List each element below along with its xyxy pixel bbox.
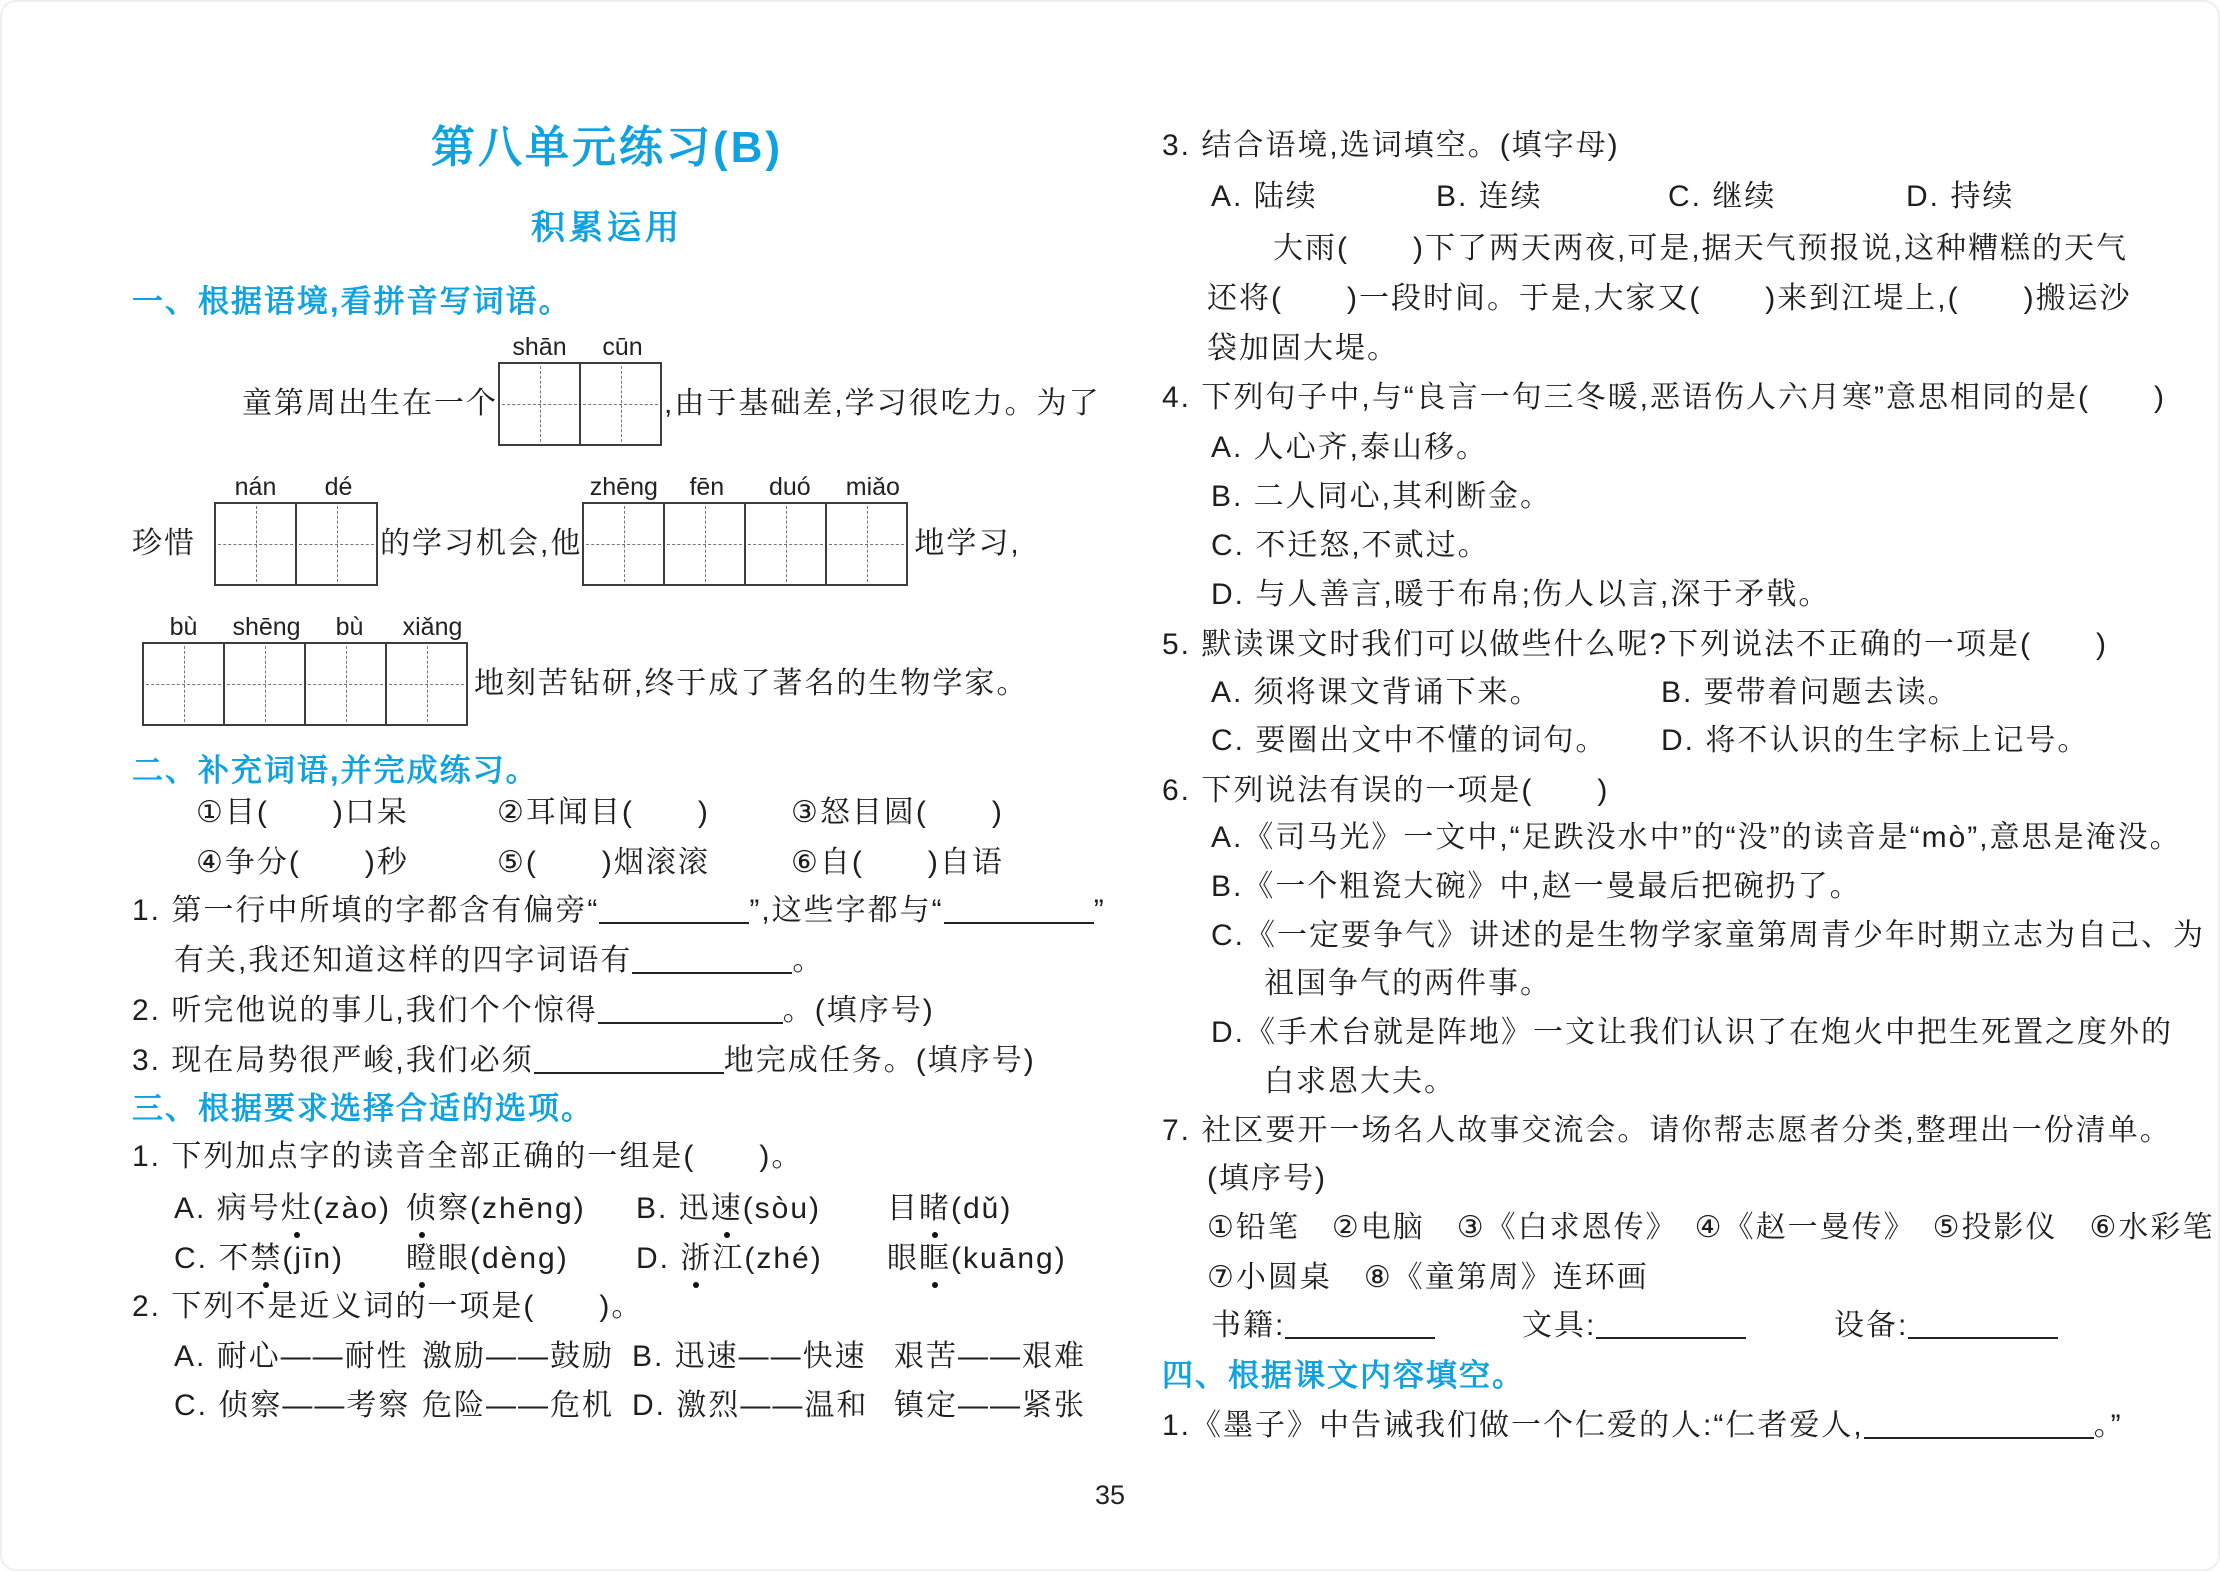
section2-heading: 二、补充词语,并完成练习。 — [132, 752, 539, 791]
section1-heading: 一、根据语境,看拼音写词语。 — [132, 283, 572, 322]
q7-category-books: 书籍: — [1211, 1307, 1435, 1345]
synonym-option-d2: 镇定——紧张 — [894, 1387, 1086, 1425]
option-text: 眼 — [887, 1242, 919, 1275]
section2-question-3: 3. 现在局势很严峻,我们必须地完成任务。(填序号) — [132, 1042, 1036, 1080]
option-text: B. 迅 — [636, 1192, 711, 1225]
question-text: 。 — [792, 944, 824, 977]
answer-blank — [944, 892, 1094, 924]
answer-blank — [1908, 1307, 2058, 1339]
question-text: 有关,我还知道这样的四字词语有 — [174, 944, 632, 977]
row1-pre-text: 童第周出生在一个 — [242, 328, 498, 446]
pinyin-syllable: shān — [498, 333, 581, 362]
answer-blank — [1864, 1407, 2094, 1439]
pinyin-syllable: nán — [214, 473, 297, 502]
q6-option-d-line-1: D.《手术台就是阵地》一文让我们认识了在炮火中把生死置之度外的 — [1211, 1014, 2173, 1052]
writing-grid-nan-de: nán dé — [214, 468, 380, 586]
writing-cell — [304, 642, 387, 726]
question-4-stem: 4. 下列句子中,与“良言一句三冬暖,恶语伤人六月寒”意思相同的是( ) — [1162, 379, 2166, 417]
writing-cell — [579, 362, 662, 446]
question-text: 。” — [2094, 1409, 2123, 1442]
answer-blank — [632, 942, 792, 974]
row2-post-text: 地学习, — [914, 468, 1020, 586]
category-label: 文具: — [1522, 1309, 1596, 1342]
synonym-option-d1: D. 激烈——温和 — [632, 1387, 868, 1425]
question-7-stem-line-2: (填序号) — [1207, 1160, 1327, 1198]
dotted-char: 灶 — [281, 1190, 313, 1228]
pinyin-row-2: 珍惜 nán dé 的学习机会,他 zhēng fēn duó miǎo — [132, 468, 1021, 586]
question-7-stem-line-1: 7. 社区要开一场名人故事交流会。请你帮志愿者分类,整理出一份清单。 — [1162, 1112, 2172, 1150]
dotted-char: 睹 — [919, 1190, 951, 1228]
category-label: 设备: — [1834, 1309, 1908, 1342]
q5-option-c: C. 要圈出文中不懂的词句。 — [1211, 722, 1607, 760]
writing-cell — [214, 502, 297, 586]
pinyin-labels: nán dé — [214, 468, 380, 502]
synonym-option-c2: 危险——危机 — [422, 1387, 614, 1425]
option-text: (kuāng) — [951, 1242, 1067, 1275]
question-text: ”,这些字都与“ — [749, 894, 943, 927]
writing-cell — [498, 362, 581, 446]
option-text: 眼(dèng) — [438, 1242, 569, 1275]
row1-post-text: ,由于基础差,学习很吃力。为了 — [664, 328, 1101, 446]
writing-cells — [214, 502, 380, 586]
q6-option-c-line-2: 祖国争气的两件事。 — [1264, 965, 1552, 1003]
writing-cell — [825, 502, 908, 586]
synonym-option-b1: B. 迅速——快速 — [632, 1338, 867, 1376]
idiom-item-4: ④争分( )秒 — [196, 844, 409, 882]
q5-option-d: D. 将不认识的生字标上记号。 — [1661, 722, 2089, 760]
option-text: 目 — [887, 1192, 919, 1225]
writing-cell — [223, 642, 306, 726]
option-text: C. 不 — [174, 1242, 250, 1275]
q6-option-c-line-1: C.《一定要争气》讲述的是生物学家童第周青少年时期立志为自己、为 — [1211, 917, 2205, 955]
question-text: 3. 现在局势很严峻,我们必须 — [132, 1044, 534, 1077]
synonym-option-a2: 激励——鼓励 — [422, 1338, 614, 1376]
dotted-char: 眶 — [919, 1240, 951, 1278]
idiom-item-3: ③怒目圆( ) — [791, 794, 1004, 832]
q4-option-a: A. 人心齐,泰山移。 — [1211, 429, 1488, 467]
writing-grid-bu-sheng-bu-xiang: bù shēng bù xiǎng — [142, 608, 474, 726]
pinyin-syllable: bù — [142, 613, 225, 642]
pinyin-syllable: duó — [748, 473, 831, 502]
question-text: 2. 听完他说的事儿,我们个个惊得 — [132, 994, 598, 1027]
worksheet-page: 第八单元练习(B) 积累运用 一、根据语境,看拼音写词语。 童第周出生在一个 s… — [0, 0, 2220, 1571]
section2-question-2: 2. 听完他说的事儿,我们个个惊得。(填序号) — [132, 992, 935, 1030]
q4-option-c: C. 不迁怒,不贰过。 — [1211, 527, 1490, 565]
answer-blank — [599, 892, 749, 924]
synonym-option-a1: A. 耐心——耐性 — [174, 1338, 409, 1376]
pinyin-syllable: cūn — [581, 333, 664, 362]
pronunciation-option-b2: 目睹(dǔ) — [887, 1190, 1012, 1228]
pinyin-labels: bù shēng bù xiǎng — [142, 608, 474, 642]
option-text: (jīn) — [282, 1242, 344, 1275]
pronunciation-option-a1: A. 病号灶(zào) — [174, 1190, 391, 1228]
q7-category-stationery: 文具: — [1522, 1307, 1746, 1345]
question-text: 。(填序号) — [783, 994, 935, 1027]
writing-cells — [582, 502, 914, 586]
q3-passage-line-1: 大雨( )下了两天两夜,可是,据天气预报说,这种糟糕的天气 — [1273, 230, 2128, 268]
question-text: 地完成任务。(填序号) — [724, 1044, 1036, 1077]
question-6-stem: 6. 下列说法有误的一项是( ) — [1162, 772, 1609, 810]
q5-option-a: A. 须将课文背诵下来。 — [1211, 674, 1542, 712]
synonym-option-c1: C. 侦察——考察 — [174, 1387, 410, 1425]
pronunciation-option-a2: 侦察(zhēng) — [406, 1190, 586, 1228]
dotted-char: 侦 — [406, 1190, 438, 1228]
option-text: A. 病号 — [174, 1192, 281, 1225]
pinyin-syllable: shēng — [225, 613, 308, 642]
writing-cells — [498, 362, 664, 446]
pronunciation-option-d1: D. 浙江(zhé) — [636, 1240, 823, 1278]
row2-pre-text: 珍惜 — [132, 468, 196, 586]
option-text: (zào) — [313, 1192, 391, 1225]
option-text: D. — [636, 1242, 680, 1275]
writing-cell — [663, 502, 746, 586]
answer-blank — [1596, 1307, 1746, 1339]
q5-option-b: B. 要带着问题去读。 — [1661, 674, 1960, 712]
page-subtitle: 积累运用 — [132, 207, 1082, 250]
q6-option-a: A.《司马光》一文中,“足跌没水中”的“没”的读音是“mò”,意思是淹没。 — [1211, 819, 2182, 857]
q7-category-equipment: 设备: — [1834, 1307, 2058, 1345]
dotted-char: 浙 — [680, 1240, 712, 1278]
dotted-char: 禁 — [250, 1240, 282, 1278]
writing-grid-zheng-fen-duo-miao: zhēng fēn duó miǎo — [582, 468, 914, 586]
q3-option-b: B. 连续 — [1436, 178, 1543, 216]
section3-question-2: 2. 下列不是近义词的一项是( )。 — [132, 1288, 643, 1326]
idiom-item-1: ①目( )口呆 — [196, 794, 409, 832]
pinyin-row-3: bù shēng bù xiǎng 地刻苦钻研,终于成了著名的生物学家。 — [142, 608, 1028, 726]
section4-heading: 四、根据课文内容填空。 — [1162, 1357, 1525, 1396]
page-number: 35 — [2, 1480, 2218, 1511]
option-text: 江(zhé) — [712, 1242, 822, 1275]
pinyin-syllable: bù — [308, 613, 391, 642]
question-3-stem: 3. 结合语境,选词填空。(填字母) — [1162, 127, 1620, 165]
question-5-stem: 5. 默读课文时我们可以做些什么呢?下列说法不正确的一项是( ) — [1162, 626, 2108, 664]
pinyin-labels: zhēng fēn duó miǎo — [582, 468, 914, 502]
pronunciation-option-d2: 眼眶(kuāng) — [887, 1240, 1067, 1278]
dotted-char: 速 — [711, 1190, 743, 1228]
pronunciation-option-c2: 瞪眼(dèng) — [406, 1240, 569, 1278]
q6-option-b: B.《一个粗瓷大碗》中,赵一曼最后把碗扔了。 — [1211, 868, 1862, 906]
q3-option-c: C. 继续 — [1668, 178, 1776, 216]
answer-blank — [1285, 1307, 1435, 1339]
q7-items-line-1: ①铅笔 ②电脑 ③《白求恩传》 ④《赵一曼传》 ⑤投影仪 ⑥水彩笔 — [1207, 1209, 2214, 1247]
q7-items-line-2: ⑦小圆桌 ⑧《童第周》连环画 — [1207, 1259, 1649, 1297]
q3-option-d: D. 持续 — [1906, 178, 2014, 216]
idiom-item-5: ⑤( )烟滚滚 — [497, 844, 710, 882]
writing-cell — [142, 642, 225, 726]
question-text: 1. 第一行中所填的字都含有偏旁“ — [132, 894, 599, 927]
section3-question-1: 1. 下列加点字的读音全部正确的一组是( )。 — [132, 1138, 803, 1176]
writing-grid-shan-cun: shān cūn — [498, 328, 664, 446]
writing-cell — [582, 502, 665, 586]
q4-option-d: D. 与人善言,暖于布帛;伤人以言,深于矛戟。 — [1211, 576, 1830, 614]
row2-mid-text: 的学习机会,他 — [380, 468, 582, 586]
dotted-char: 瞪 — [406, 1240, 438, 1278]
q3-option-a: A. 陆续 — [1211, 178, 1318, 216]
answer-blank — [534, 1042, 724, 1074]
idiom-item-2: ②耳闻目( ) — [497, 794, 710, 832]
option-text: (dǔ) — [951, 1192, 1012, 1225]
q4-option-b: B. 二人同心,其利断金。 — [1211, 478, 1552, 516]
answer-blank — [598, 992, 783, 1024]
q6-option-d-line-2: 白求恩大夫。 — [1264, 1063, 1456, 1101]
q3-passage-line-3: 袋加固大堤。 — [1207, 330, 1399, 368]
row3-post-text: 地刻苦钻研,终于成了著名的生物学家。 — [474, 608, 1028, 726]
pinyin-syllable: zhēng — [582, 473, 665, 502]
category-label: 书籍: — [1211, 1309, 1285, 1342]
section2-question-1-line-1: 1. 第一行中所填的字都含有偏旁“”,这些字都与“” — [132, 892, 1106, 930]
pronunciation-option-c1: C. 不禁(jīn) — [174, 1240, 344, 1278]
q3-passage-line-2: 还将( )一段时间。于是,大家又( )来到江堤上,( )搬运沙 — [1207, 280, 2132, 318]
pinyin-syllable: xiǎng — [391, 613, 474, 642]
section4-question-1: 1.《墨子》中告诫我们做一个仁爱的人:“仁者爱人,。” — [1162, 1407, 2123, 1445]
page-title: 第八单元练习(B) — [132, 120, 1082, 175]
idiom-item-6: ⑥自( )自语 — [791, 844, 1004, 882]
writing-cell — [385, 642, 468, 726]
option-text: (sòu) — [743, 1192, 821, 1225]
pinyin-syllable: dé — [297, 473, 380, 502]
pinyin-row-1: 童第周出生在一个 shān cūn ,由于基础差,学习很吃力。为了 — [242, 328, 1101, 446]
section2-question-1-line-2: 有关,我还知道这样的四字词语有。 — [174, 942, 824, 980]
section3-heading: 三、根据要求选择合适的选项。 — [132, 1090, 594, 1129]
writing-cells — [142, 642, 474, 726]
question-text: ” — [1094, 894, 1106, 927]
writing-cell — [295, 502, 378, 586]
pinyin-labels: shān cūn — [498, 328, 664, 362]
writing-cell — [744, 502, 827, 586]
pinyin-syllable: miǎo — [831, 473, 914, 502]
option-text: 察(zhēng) — [438, 1192, 586, 1225]
pinyin-syllable: fēn — [665, 473, 748, 502]
pronunciation-option-b1: B. 迅速(sòu) — [636, 1190, 821, 1228]
synonym-option-b2: 艰苦——艰难 — [894, 1338, 1086, 1376]
question-text: 1.《墨子》中告诫我们做一个仁爱的人:“仁者爱人, — [1162, 1409, 1864, 1442]
